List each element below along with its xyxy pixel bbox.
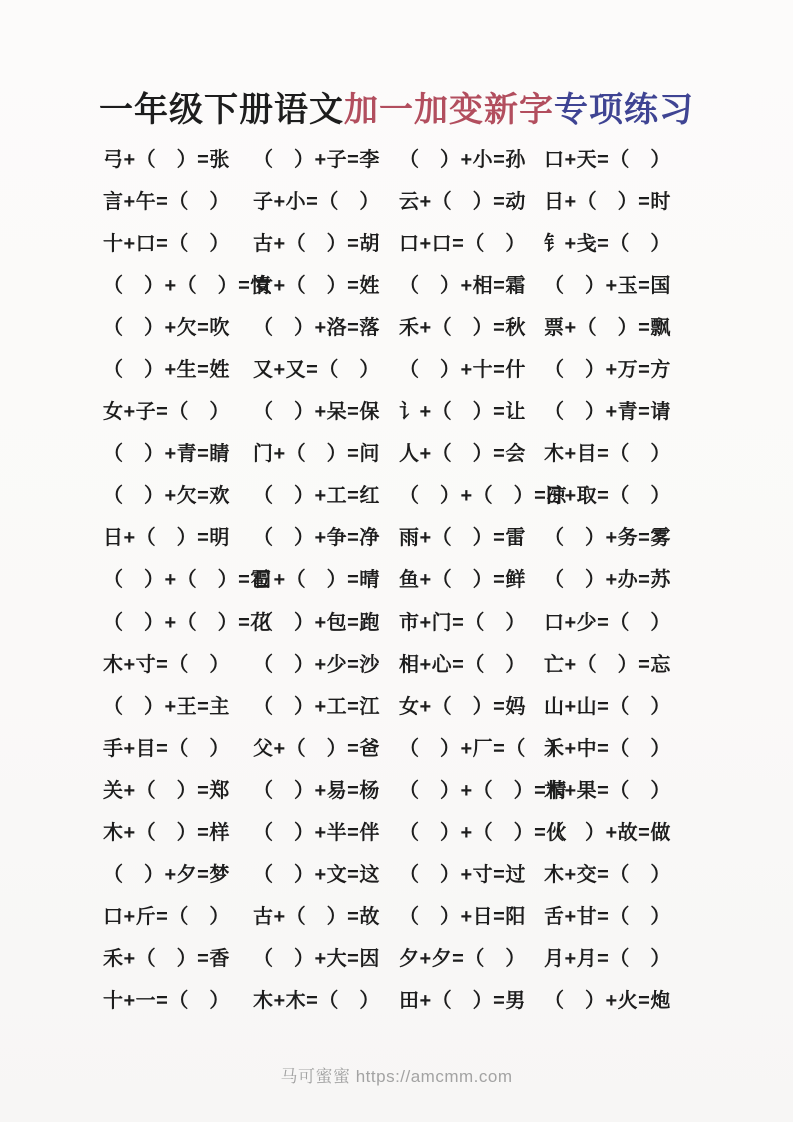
exercise-row: 日+（ ）=明（ ）+争=净雨+（ ）=雷（ ）+务=雾: [103, 515, 793, 557]
exercise-cell: （ ）+半=伴: [253, 816, 399, 845]
exercise-cell: 父+（ ）=爸: [253, 732, 399, 761]
exercise-cell: （ ）+（ ）=凉: [399, 479, 544, 508]
exercise-cell: （ ）+厂=（ ）: [399, 732, 544, 761]
exercise-cell: 亡+（ ）=忘: [544, 648, 793, 677]
exercise-cell: 舌+甘=（ ）: [544, 900, 793, 929]
exercise-cell: （ ）+文=这: [253, 858, 399, 887]
exercise-cell: （ ）+少=沙: [253, 648, 399, 677]
exercise-cell: （ ）+生=姓: [103, 353, 253, 382]
exercise-grid: 弓+（ ）=张（ ）+子=李（ ）+小=孙口+天=（ ）言+午=（ ）子+小=（…: [103, 136, 793, 1020]
exercise-cell: 口+天=（ ）: [544, 143, 793, 172]
exercise-cell: 日+（ ）=晴: [253, 563, 399, 592]
exercise-row: 十+口=（ ）古+（ ）=胡口+口=（ ）钅+戋=（ ）: [103, 220, 793, 262]
exercise-row: 女+子=（ ）（ ）+呆=保讠+（ ）=让（ ）+青=请: [103, 389, 793, 431]
exercise-cell: （ ）+万=方: [544, 353, 793, 382]
exercise-cell: （ ）+（ ）=精: [399, 774, 544, 803]
exercise-row: （ ）+（ ）=雹日+（ ）=晴鱼+（ ）=鲜（ ）+办=苏: [103, 557, 793, 599]
exercise-row: 木+（ ）=样（ ）+半=伴（ ）+（ ）=伙（ ）+故=做: [103, 810, 793, 852]
exercise-row: 手+目=（ ）父+（ ）=爸（ ）+厂=（ ）禾+中=（ ）: [103, 725, 793, 767]
exercise-cell: 市+门=（ ）: [399, 606, 544, 635]
exercise-cell: （ ）+欠=吹: [103, 311, 253, 340]
exercise-cell: （ ）+呆=保: [253, 395, 399, 424]
exercise-cell: （ ）+工=江: [253, 690, 399, 719]
exercise-cell: 日+（ ）=时: [544, 185, 793, 214]
exercise-cell: 古+（ ）=故: [253, 900, 399, 929]
exercise-cell: 木+交=（ ）: [544, 858, 793, 887]
exercise-cell: （ ）+玉=国: [544, 269, 793, 298]
exercise-cell: 禾+中=（ ）: [544, 732, 793, 761]
exercise-cell: 讠+（ ）=让: [399, 395, 544, 424]
exercise-cell: 山+山=（ ）: [544, 690, 793, 719]
exercise-cell: 日+（ ）=明: [103, 521, 253, 550]
exercise-cell: （ ）+争=净: [253, 521, 399, 550]
exercise-cell: （ ）+夕=梦: [103, 858, 253, 887]
exercise-row: （ ）+青=睛门+（ ）=问人+（ ）=会木+目=（ ）: [103, 431, 793, 473]
exercise-cell: 古+（ ）=胡: [253, 227, 399, 256]
exercise-cell: （ ）+易=杨: [253, 774, 399, 803]
title-part-grade-subject: 一年级下册语文: [99, 91, 344, 129]
exercise-cell: 票+（ ）=飘: [544, 311, 793, 340]
watermark: 马可蜜蜜 https://amcmm.com: [0, 1062, 793, 1087]
exercise-cell: 子+小=（ ）: [253, 185, 399, 214]
exercise-cell: 女+（ ）=姓: [253, 269, 399, 298]
exercise-cell: （ ）+办=苏: [544, 563, 793, 592]
exercise-cell: 云+（ ）=动: [399, 185, 544, 214]
exercise-cell: （ ）+子=李: [253, 143, 399, 172]
exercise-cell: （ ）+（ ）=伙: [399, 816, 544, 845]
exercise-row: 木+寸=（ ）（ ）+少=沙相+心=（ ）亡+（ ）=忘: [103, 641, 793, 683]
exercise-cell: （ ）+火=炮: [544, 984, 793, 1013]
exercise-cell: 木+果=（ ）: [544, 774, 793, 803]
exercise-cell: 女+子=（ ）: [103, 395, 253, 424]
exercise-cell: （ ）+欠=欢: [103, 479, 253, 508]
exercise-cell: 口+口=（ ）: [399, 227, 544, 256]
exercise-row: 禾+（ ）=香（ ）+大=因夕+夕=（ ）月+月=（ ）: [103, 936, 793, 978]
exercise-row: （ ）+夕=梦（ ）+文=这（ ）+寸=过木+交=（ ）: [103, 852, 793, 894]
exercise-cell: （ ）+青=请: [544, 395, 793, 424]
exercise-cell: 弓+（ ）=张: [103, 143, 253, 172]
exercise-cell: （ ）+十=什: [399, 353, 544, 382]
exercise-cell: （ ）+务=雾: [544, 521, 793, 550]
exercise-cell: 木+寸=（ ）: [103, 648, 253, 677]
exercise-cell: （ ）+（ ）=雹: [103, 563, 253, 592]
exercise-cell: 门+（ ）=问: [253, 437, 399, 466]
exercise-cell: 夕+夕=（ ）: [399, 942, 544, 971]
title-part-topic: 加一加变新字: [344, 91, 554, 129]
exercise-cell: 雨+（ ）=雷: [399, 521, 544, 550]
exercise-row: 言+午=（ ）子+小=（ ）云+（ ）=动日+（ ）=时: [103, 178, 793, 220]
exercise-cell: 人+（ ）=会: [399, 437, 544, 466]
exercise-cell: 言+午=（ ）: [103, 185, 253, 214]
exercise-cell: （ ）+洛=落: [253, 311, 399, 340]
exercise-row: （ ）+生=姓又+又=（ ）（ ）+十=什（ ）+万=方: [103, 346, 793, 388]
title-part-practice: 专项练习: [554, 91, 694, 129]
exercise-cell: 口+少=（ ）: [544, 606, 793, 635]
exercise-cell: 手+目=（ ）: [103, 732, 253, 761]
exercise-cell: 相+心=（ ）: [399, 648, 544, 677]
exercise-cell: （ ）+工=红: [253, 479, 399, 508]
page-title: 一年级下册语文加一加变新字专项练习: [0, 82, 793, 131]
exercise-cell: 女+（ ）=妈: [399, 690, 544, 719]
worksheet-page: 一年级下册语文加一加变新字专项练习 弓+（ ）=张（ ）+子=李（ ）+小=孙口…: [0, 0, 793, 1122]
exercise-row: 口+斤=（ ）古+（ ）=故（ ）+日=阳舌+甘=（ ）: [103, 894, 793, 936]
exercise-cell: （ ）+（ ）=花: [103, 606, 253, 635]
exercise-cell: （ ）+青=睛: [103, 437, 253, 466]
exercise-row: （ ）+欠=吹（ ）+洛=落禾+（ ）=秋票+（ ）=飘: [103, 304, 793, 346]
exercise-cell: （ ）+故=做: [544, 816, 793, 845]
exercise-cell: 又+又=（ ）: [253, 353, 399, 382]
exercise-row: （ ）+王=主（ ）+工=江女+（ ）=妈山+山=（ ）: [103, 683, 793, 725]
exercise-cell: （ ）+大=因: [253, 942, 399, 971]
exercise-cell: 禾+（ ）=秋: [399, 311, 544, 340]
exercise-cell: 田+（ ）=男: [399, 984, 544, 1013]
exercise-row: 关+（ ）=郑（ ）+易=杨（ ）+（ ）=精木+果=（ ）: [103, 767, 793, 809]
exercise-cell: （ ）+相=霜: [399, 269, 544, 298]
exercise-row: 弓+（ ）=张（ ）+子=李（ ）+小=孙口+天=（ ）: [103, 136, 793, 178]
exercise-row: （ ）+（ ）=情女+（ ）=姓（ ）+相=霜（ ）+玉=国: [103, 262, 793, 304]
exercise-row: 十+一=（ ）木+木=（ ）田+（ ）=男（ ）+火=炮: [103, 978, 793, 1020]
exercise-cell: 口+斤=（ ）: [103, 900, 253, 929]
exercise-cell: 鱼+（ ）=鲜: [399, 563, 544, 592]
exercise-cell: 关+（ ）=郑: [103, 774, 253, 803]
exercise-cell: 十+口=（ ）: [103, 227, 253, 256]
exercise-cell: （ ）+王=主: [103, 690, 253, 719]
exercise-cell: 木+目=（ ）: [544, 437, 793, 466]
exercise-cell: 木+（ ）=样: [103, 816, 253, 845]
exercise-row: （ ）+（ ）=花（ ）+包=跑市+门=（ ）口+少=（ ）: [103, 599, 793, 641]
exercise-cell: （ ）+日=阳: [399, 900, 544, 929]
exercise-cell: 十+一=（ ）: [103, 984, 253, 1013]
exercise-cell: 禾+（ ）=香: [103, 942, 253, 971]
exercise-cell: 钅+戋=（ ）: [544, 227, 793, 256]
exercise-cell: 月+月=（ ）: [544, 942, 793, 971]
exercise-cell: （ ）+（ ）=情: [103, 269, 253, 298]
exercise-row: （ ）+欠=欢（ ）+工=红（ ）+（ ）=凉日+取=（ ）: [103, 473, 793, 515]
exercise-cell: 日+取=（ ）: [544, 479, 793, 508]
exercise-cell: （ ）+寸=过: [399, 858, 544, 887]
exercise-cell: （ ）+包=跑: [253, 606, 399, 635]
exercise-cell: 木+木=（ ）: [253, 984, 399, 1013]
exercise-cell: （ ）+小=孙: [399, 143, 544, 172]
